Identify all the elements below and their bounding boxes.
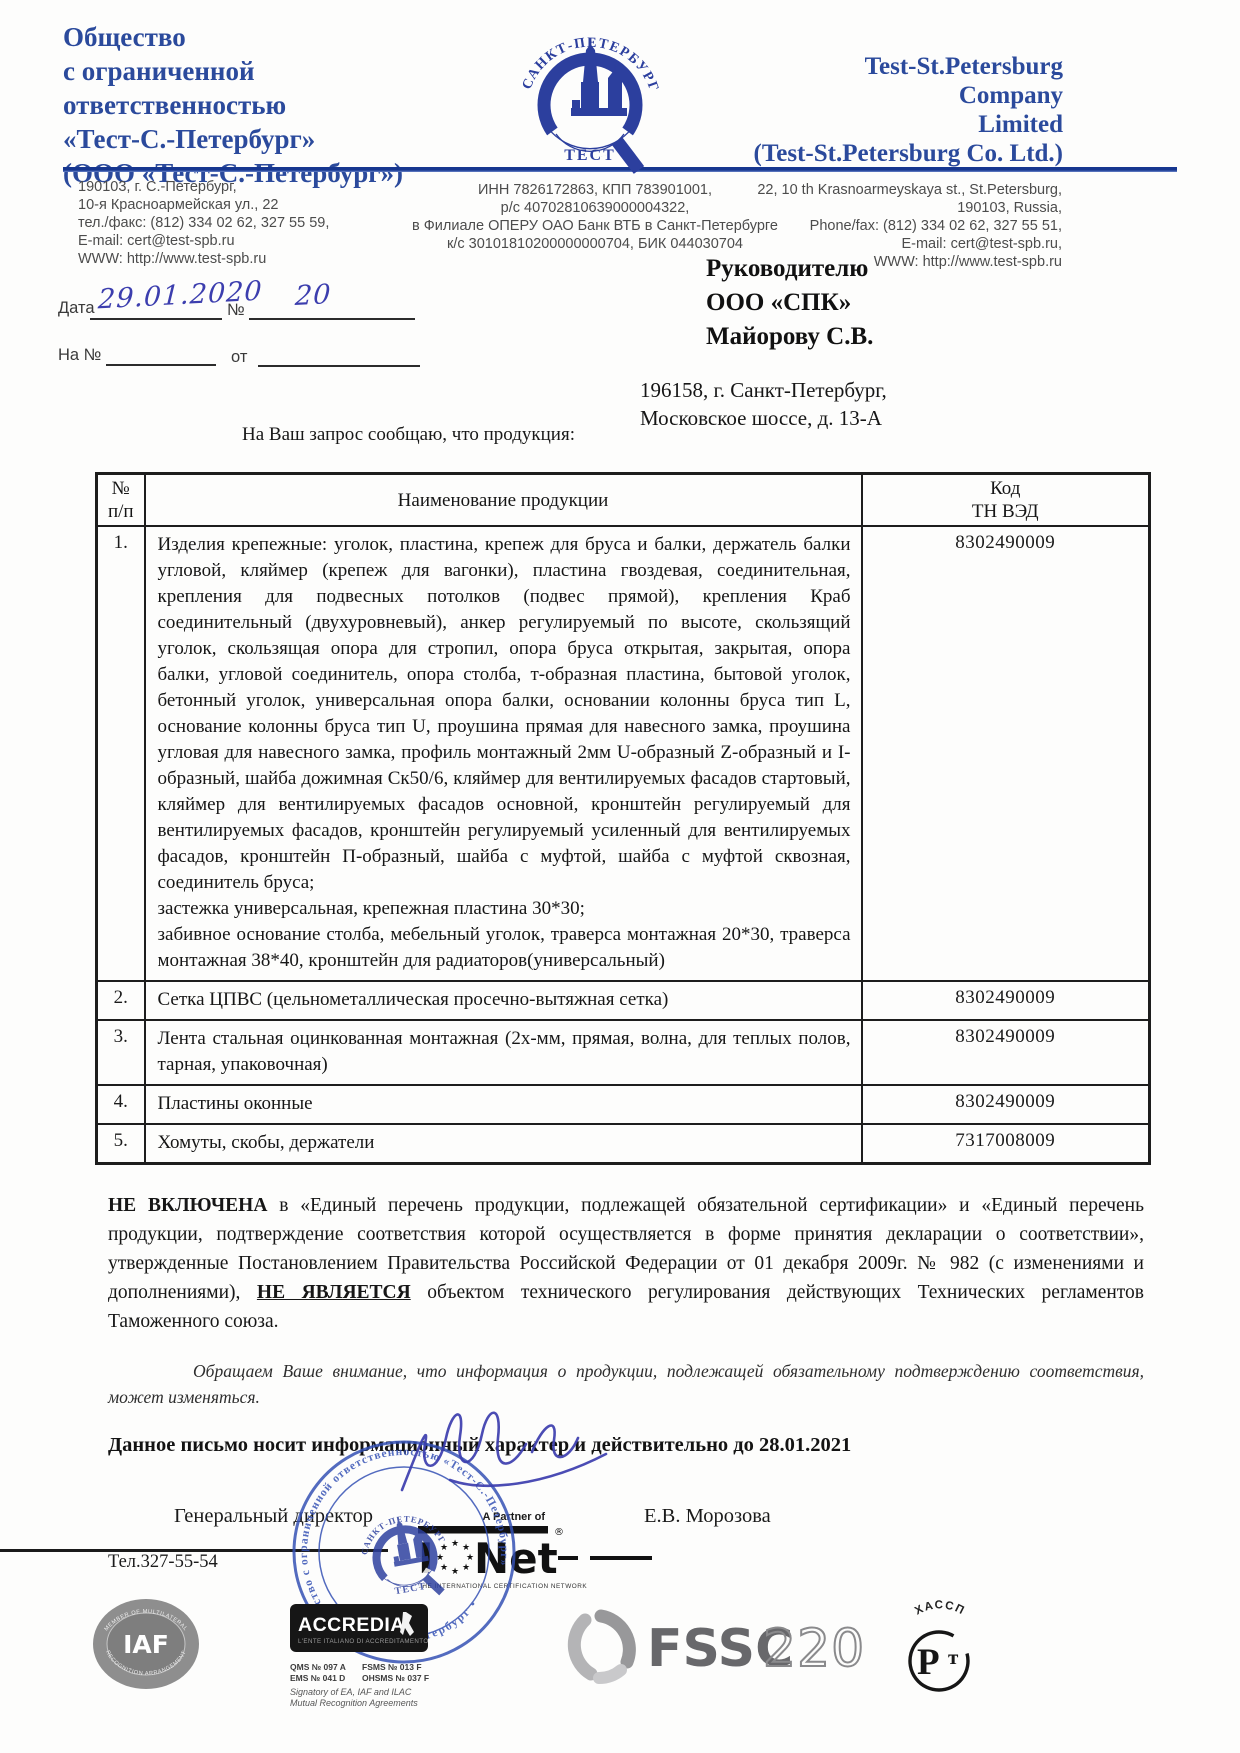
letter-page: Общество с ограниченной ответственностью… — [0, 0, 1240, 1753]
company-name-en-line: Test-St.Petersburg — [754, 52, 1063, 81]
col-header-code-line: Код — [867, 477, 1145, 500]
accredia-note-line: Mutual Recognition Agreements — [290, 1698, 460, 1709]
accredia-certs: QMS № 097 A FSMS № 013 F EMS № 041 D OHS… — [290, 1662, 460, 1684]
product-name-paragraph: застежка универсальная, крепежная пласти… — [158, 896, 851, 922]
address-ru-line: E-mail: cert@test-spb.ru — [78, 232, 329, 250]
accredia-cert: EMS № 041 D — [290, 1673, 362, 1684]
company-name-ru-line: «Тест-С.-Петербург» — [63, 122, 403, 156]
row-number-cell: 2. — [97, 981, 145, 1020]
product-name-paragraph: Изделия крепежные: уголок, пластина, кре… — [158, 532, 851, 896]
col-header-code-line: ТН ВЭД — [867, 500, 1145, 523]
intro-line: На Ваш запрос сообщаю, что продукция: — [242, 424, 1148, 446]
company-name-en-line: (Test-St.Petersburg Co. Ltd.) — [754, 139, 1063, 168]
number-value-handwritten: 20 — [294, 279, 332, 312]
logo-test-text: ТЕСТ — [564, 147, 616, 164]
bold-not-regulated: НЕ ЯВЛЯЕТСЯ — [257, 1282, 411, 1303]
date-label: Дата — [58, 299, 95, 318]
accredia-brand: ACCREDIA — [298, 1614, 405, 1636]
accredia-tagline: L'ENTE ITALIANO DI ACCREDITAMENTO — [298, 1638, 428, 1645]
table-row: 3. Лента стальная оцинкованная монтажная… — [97, 1020, 1150, 1085]
rst-letter-t: т — [948, 1645, 959, 1669]
accredia-badge: ACCREDIA L'ENTE ITALIANO DI ACCREDITAMEN… — [290, 1604, 428, 1652]
reply-number-label: На № — [58, 346, 101, 365]
paragraph-not-included: НЕ ВКЛЮЧЕНА в «Единый перечень продукции… — [108, 1191, 1144, 1336]
iaf-logo: MEMBER OF MULTILATERAL RECOGNITION ARRAN… — [90, 1597, 202, 1691]
product-name-cell: Хомуты, скобы, держатели — [145, 1124, 862, 1164]
rst-letter-r: Р — [917, 1642, 940, 1683]
bank-line: ИНН 7826172863, КПП 783901001, — [380, 181, 810, 199]
company-name-en-line: Company — [754, 81, 1063, 110]
address-ru-line: тел./факс: (812) 334 02 62, 327 55 59, — [78, 214, 329, 232]
number-label: № — [227, 301, 245, 320]
product-name-cell: Сетка ЦПВС (цельнометаллическая просечно… — [145, 981, 862, 1020]
stamp-inner-logo-icon — [353, 1507, 456, 1606]
company-name-en-line: Limited — [754, 110, 1063, 139]
row-number-cell: 4. — [97, 1085, 145, 1124]
signature-scribble-icon — [392, 1392, 642, 1507]
recipient-block: Руководителю ООО «СПК» Майорову С.В. 196… — [640, 252, 960, 432]
recipient-line: Майорову С.В. — [640, 320, 960, 354]
company-name-ru: Общество с ограниченной ответственностью… — [63, 20, 403, 190]
code-cell: 8302490009 — [862, 1020, 1150, 1085]
table-row: 2. Сетка ЦПВС (цельнометаллическая просе… — [97, 981, 1150, 1020]
table-row: 5. Хомуты, скобы, держатели 7317008009 — [97, 1124, 1150, 1164]
bold-not-included: НЕ ВКЛЮЧЕНА — [108, 1195, 267, 1216]
address-en-line: 22, 10 th Krasnoarmeyskaya st., St.Peter… — [757, 181, 1062, 199]
accredia-cert: QMS № 097 A — [290, 1662, 362, 1673]
haccp-label: ХАССП — [913, 1599, 967, 1617]
address-en-line: Phone/fax: (812) 334 02 62, 327 55 51, — [757, 217, 1062, 235]
reply-from-label: от — [231, 348, 247, 367]
svg-text:ХАССП: ХАССП — [913, 1599, 967, 1617]
code-cell: 7317008009 — [862, 1124, 1150, 1164]
bank-line: р/с 40702810639000004322, — [380, 199, 810, 217]
address-ru-line: WWW: http://www.test-spb.ru — [78, 250, 329, 268]
table-row: 1. Изделия крепежные: уголок, пластина, … — [97, 526, 1150, 981]
row-number-cell: 1. — [97, 526, 145, 981]
table-row: 4. Пластины оконные 8302490009 — [97, 1085, 1150, 1124]
col-header-name: Наименование продукции — [145, 474, 862, 527]
product-name-cell: Изделия крепежные: уголок, пластина, кре… — [145, 526, 862, 981]
accredia-logo: ACCREDIA L'ENTE ITALIANO DI ACCREDITAMEN… — [290, 1604, 460, 1709]
product-table: № п/п Наименование продукции Код ТН ВЭД … — [95, 472, 1151, 1165]
recipient-line: ООО «СПК» — [640, 286, 960, 320]
bank-details: ИНН 7826172863, КПП 783901001, р/с 40702… — [380, 181, 810, 253]
product-name-cell: Лента стальная оцинкованная монтажная (2… — [145, 1020, 862, 1085]
address-ru-line: 190103, г. С.-Петербург, — [78, 178, 329, 196]
address-ru: 190103, г. С.-Петербург, 10-я Красноарме… — [78, 178, 329, 268]
accredia-note-line: Signatory of EA, IAF and ILAC — [290, 1687, 460, 1698]
recipient-address-line: 196158, г. Санкт-Петербург, — [640, 376, 960, 404]
row-number-cell: 5. — [97, 1124, 145, 1164]
company-name-en: Test-St.Petersburg Company Limited (Test… — [754, 52, 1063, 168]
date-underline — [90, 318, 222, 320]
accredia-note: Signatory of EA, IAF and ILAC Mutual Rec… — [290, 1687, 460, 1709]
company-name-ru-line: ответственностью — [63, 88, 403, 122]
code-cell: 8302490009 — [862, 981, 1150, 1020]
accredia-cert: FSMS № 013 F — [362, 1662, 442, 1673]
bank-line: в Филиале ОПЕРУ ОАО Банк ВТБ в Санкт-Пет… — [380, 217, 810, 235]
fssc-swirl-icon — [574, 1616, 629, 1678]
bank-line: к/с 30101810200000000704, БИК 044030704 — [380, 235, 810, 253]
table-header-row: № п/п Наименование продукции Код ТН ВЭД — [97, 474, 1150, 527]
product-name-paragraph: забивное основание столба, мебельный уго… — [158, 922, 851, 974]
iaf-label: IAF — [123, 1630, 169, 1659]
company-name-ru-line: Общество — [63, 20, 403, 54]
col-header-num: № п/п — [97, 474, 145, 527]
col-header-num-line: п/п — [102, 500, 140, 523]
accredia-cert: OHSMS № 037 F — [362, 1673, 442, 1684]
address-en-line: 190103, Russia, — [757, 199, 1062, 217]
col-header-num-line: № — [102, 477, 140, 500]
number-underline — [249, 318, 415, 320]
address-ru-line: 10-я Красноармейская ул., 22 — [78, 196, 329, 214]
row-number-cell: 3. — [97, 1020, 145, 1085]
company-name-ru-line: с ограниченной — [63, 54, 403, 88]
rst-haccp-logo: ХАССП Р т — [893, 1596, 989, 1700]
recipient-line: Руководителю — [640, 252, 960, 286]
fssc-number-text: 22000 — [763, 1619, 865, 1679]
fssc-22000-logo: FSSC 22000 — [555, 1600, 865, 1696]
address-en-line: E-mail: cert@test-spb.ru, — [757, 235, 1062, 253]
col-header-code: Код ТН ВЭД — [862, 474, 1150, 527]
product-name-cell: Пластины оконные — [145, 1085, 862, 1124]
reply-number-underline — [106, 364, 216, 366]
iqnet-dash — [558, 1556, 578, 1560]
spb-test-quality-logo-icon: САНКТ-ПЕТЕРБУРГ ТЕСТ — [515, 8, 665, 183]
iqnet-dash — [590, 1556, 652, 1560]
reply-from-underline — [258, 365, 420, 367]
code-cell: 8302490009 — [862, 526, 1150, 981]
code-cell: 8302490009 — [862, 1085, 1150, 1124]
